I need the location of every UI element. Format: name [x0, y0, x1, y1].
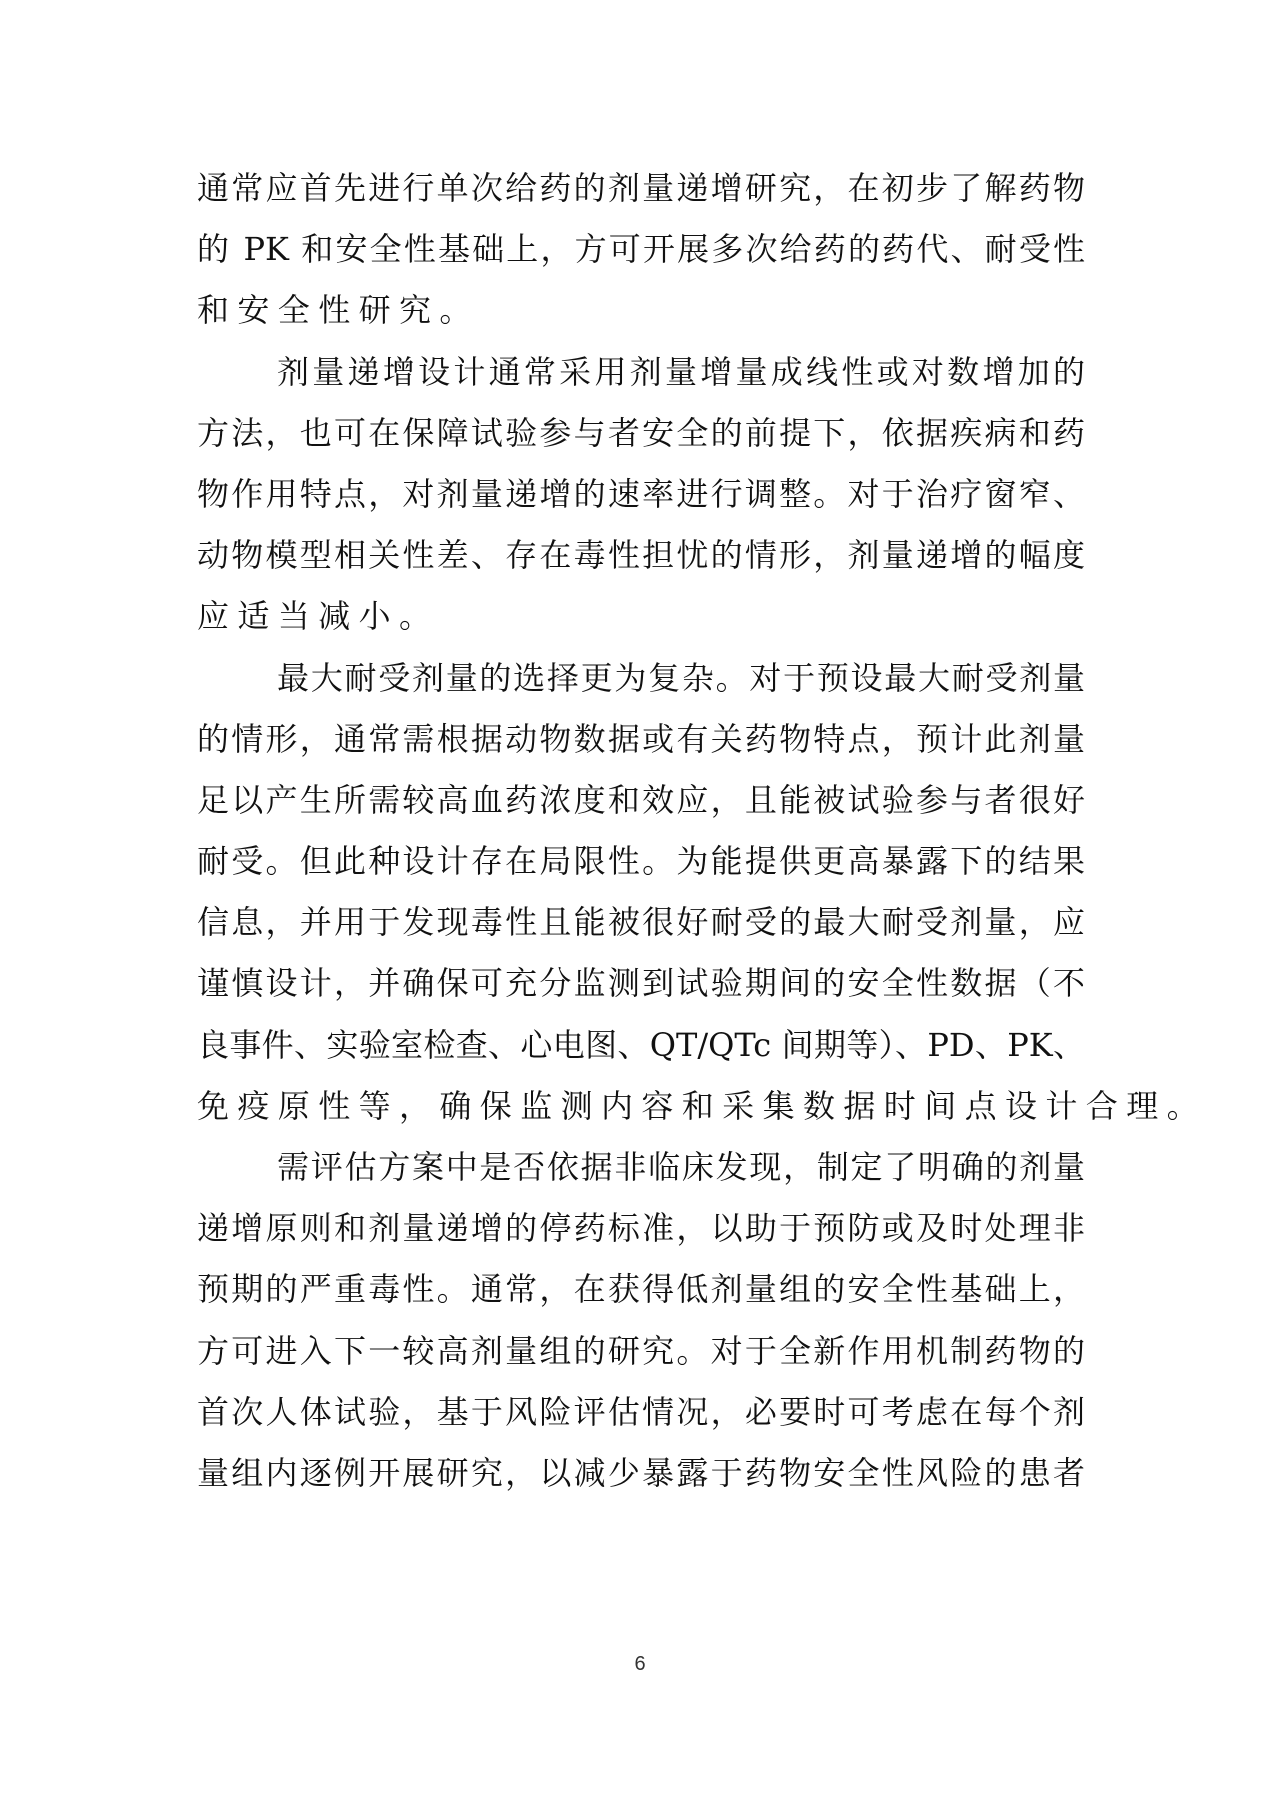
- text-line: 首次人体试验，基于风险评估情况，必要时可考虑在每个剂: [197, 1382, 1085, 1443]
- text-line: 足以产生所需较高血药浓度和效应，且能被试验参与者很好: [197, 770, 1085, 831]
- text-line: 方可进入下一较高剂量组的研究。对于全新作用机制药物的: [197, 1321, 1085, 1382]
- text-line: 方法，也可在保障试验参与者安全的前提下，依据疾病和药: [197, 403, 1085, 464]
- page-number: 6: [620, 1650, 660, 1678]
- text-line: 的 PK 和安全性基础上，方可开展多次给药的药代、耐受性: [197, 219, 1085, 280]
- paragraph-2: 剂量递增设计通常采用剂量增量成线性或对数增加的 方法，也可在保障试验参与者安全的…: [197, 342, 1085, 648]
- document-page: 通常应首先进行单次给药的剂量递增研究，在初步了解药物 的 PK 和安全性基础上，…: [0, 0, 1280, 1810]
- text-line: 最大耐受剂量的选择更为复杂。对于预设最大耐受剂量: [197, 648, 1085, 709]
- text-line: 谨慎设计，并确保可充分监测到试验期间的安全性数据（不: [197, 953, 1085, 1014]
- text-line: 需评估方案中是否依据非临床发现，制定了明确的剂量: [197, 1137, 1085, 1198]
- text-line: 和安全性研究。: [197, 280, 1085, 341]
- text-line: 良事件、实验室检查、心电图、QT/QTc 间期等）、PD、PK、: [197, 1015, 1085, 1076]
- paragraph-1: 通常应首先进行单次给药的剂量递增研究，在初步了解药物 的 PK 和安全性基础上，…: [197, 158, 1085, 342]
- paragraph-3: 最大耐受剂量的选择更为复杂。对于预设最大耐受剂量 的情形，通常需根据动物数据或有…: [197, 648, 1085, 1138]
- text-line: 耐受。但此种设计存在局限性。为能提供更高暴露下的结果: [197, 831, 1085, 892]
- text-line: 动物模型相关性差、存在毒性担忧的情形，剂量递增的幅度: [197, 525, 1085, 586]
- text-line: 量组内逐例开展研究，以减少暴露于药物安全性风险的患者: [197, 1443, 1085, 1504]
- text-line: 递增原则和剂量递增的停药标准，以助于预防或及时处理非: [197, 1198, 1085, 1259]
- text-line: 信息，并用于发现毒性且能被很好耐受的最大耐受剂量，应: [197, 892, 1085, 953]
- text-line: 预期的严重毒性。通常，在获得低剂量组的安全性基础上，: [197, 1259, 1085, 1320]
- body-text: 通常应首先进行单次给药的剂量递增研究，在初步了解药物 的 PK 和安全性基础上，…: [197, 158, 1085, 1504]
- text-line: 剂量递增设计通常采用剂量增量成线性或对数增加的: [197, 342, 1085, 403]
- text-line: 物作用特点，对剂量递增的速率进行调整。对于治疗窗窄、: [197, 464, 1085, 525]
- text-line: 免疫原性等，确保监测内容和采集数据时间点设计合理。: [197, 1076, 1085, 1137]
- text-line: 通常应首先进行单次给药的剂量递增研究，在初步了解药物: [197, 158, 1085, 219]
- text-line: 应适当减小。: [197, 586, 1085, 647]
- paragraph-4: 需评估方案中是否依据非临床发现，制定了明确的剂量 递增原则和剂量递增的停药标准，…: [197, 1137, 1085, 1504]
- text-line: 的情形，通常需根据动物数据或有关药物特点，预计此剂量: [197, 709, 1085, 770]
